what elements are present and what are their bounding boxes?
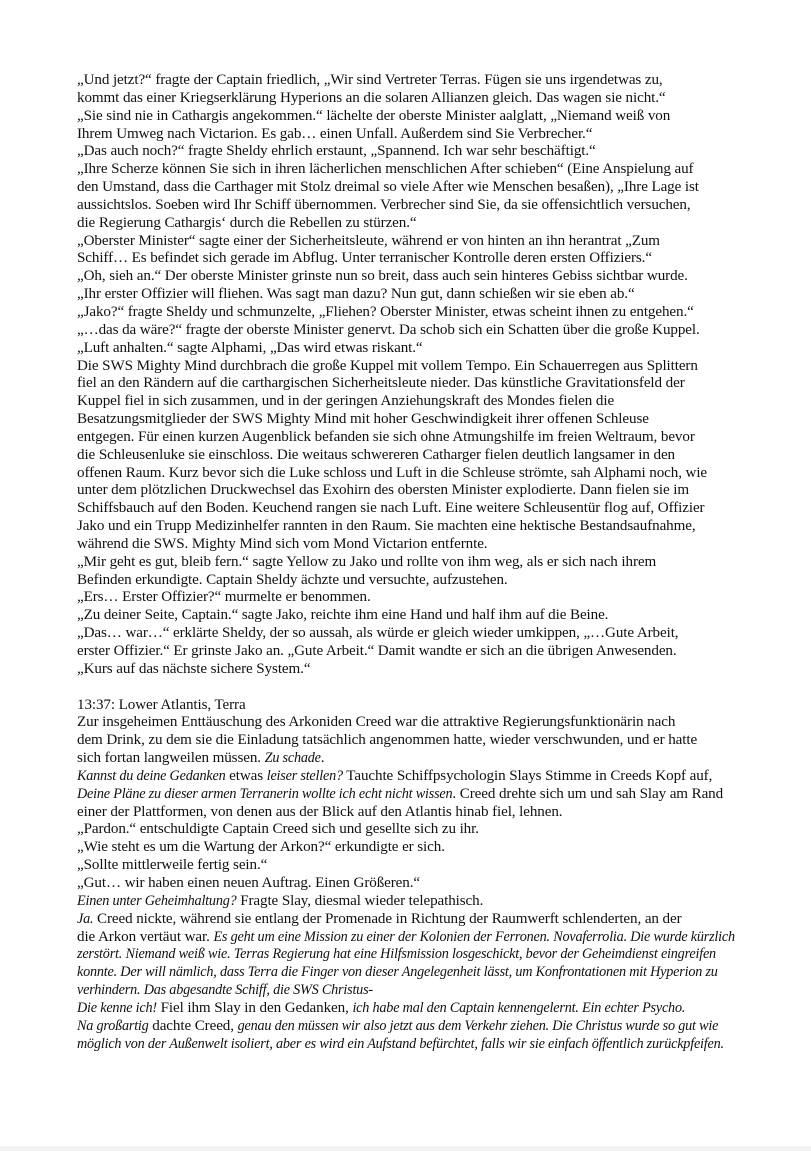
body-text: „Und jetzt?“ fragte der Captain friedlic… (77, 72, 742, 1053)
italic-thought-text: genau den müssen wir also jetzt aus dem … (238, 1018, 719, 1034)
text-line: Schiff… Es befindet sich gerade im Abflu… (77, 250, 742, 268)
text-line: „Pardon.“ entschuldigte Captain Creed si… (77, 821, 742, 839)
text-line: „Kurs auf das nächste sichere System.“ (77, 661, 742, 679)
regular-text: etwas (225, 768, 266, 784)
text-line: dem Drink, zu dem sie die Einladung tats… (77, 732, 742, 750)
italic-thought-text: verhindern. Das abgesandte Schiff, die S… (77, 982, 373, 998)
regular-text: dachte Creed, (149, 1018, 238, 1034)
text-line: Na großartig dachte Creed, genau den müs… (77, 1018, 742, 1036)
regular-text: Tauchte Schiffpsychologin Slays Stimme i… (343, 768, 712, 784)
italic-thought-text: leiser stellen? (267, 768, 343, 784)
regular-text: „Pardon.“ entschuldigte Captain Creed si… (77, 821, 479, 837)
text-line: einer der Plattformen, von denen aus der… (77, 804, 742, 822)
text-line: zerstört. Niemand weiß wie. Terras Regie… (77, 946, 742, 964)
text-line: Schiffsbauch auf den Boden. Keuchend ran… (77, 500, 742, 518)
text-line: „Und jetzt?“ fragte der Captain friedlic… (77, 72, 742, 90)
text-line: konnte. Der will nämlich, dass Terra die… (77, 964, 742, 982)
text-line: fiel an den Rändern auf die carthargisch… (77, 375, 742, 393)
italic-thought-text: möglich von der Außenwelt isoliert, aber… (77, 1036, 724, 1052)
text-line: Befinden erkundigte. Captain Sheldy ächz… (77, 572, 742, 590)
text-line: „Ihre Scherze können Sie sich in ihren l… (77, 161, 742, 179)
text-line: „Wie steht es um die Wartung der Arkon?“… (77, 839, 742, 857)
regular-text: „Gut… wir haben einen neuen Auftrag. Ein… (77, 875, 420, 891)
text-line: Einen unter Geheimhaltung? Fragte Slay, … (77, 893, 742, 911)
text-line: „Mir geht es gut, bleib fern.“ sagte Yel… (77, 554, 742, 572)
text-line: „Ers… Erster Offizier?“ murmelte er beno… (77, 589, 742, 607)
text-line: aussichtslos. Soeben wird Ihr Schiff übe… (77, 197, 742, 215)
regular-text: Zur insgeheimen Enttäuschung des Arkonid… (77, 714, 675, 730)
regular-text: dem Drink, zu dem sie die Einladung tats… (77, 732, 697, 748)
text-line: Kuppel fiel in sich zusammen, und in der… (77, 393, 742, 411)
page-bottom-edge (0, 1146, 811, 1151)
text-line: „Das… war…“ erklärte Sheldy, der so auss… (77, 625, 742, 643)
regular-text: Fiel ihm Slay in den Gedanken, (157, 1000, 353, 1016)
italic-thought-text: Kannst du deine Gedanken (77, 768, 225, 784)
text-line: „Gut… wir haben einen neuen Auftrag. Ein… (77, 875, 742, 893)
text-line: die Schleusenluke sie einschloss. Die we… (77, 447, 742, 465)
text-line: möglich von der Außenwelt isoliert, aber… (77, 1036, 742, 1054)
text-line: kommt das einer Kriegserklärung Hyperion… (77, 90, 742, 108)
text-line: „Sie sind nie in Cathargis angekommen.“ … (77, 108, 742, 126)
italic-thought-text: Deine Pläne zu dieser armen Terranerin w… (77, 786, 452, 802)
italic-thought-text: Zu schade (265, 750, 321, 766)
regular-text: Fragte Slay, diesmal wieder telepathisch… (237, 893, 484, 909)
italic-thought-text: Einen unter Geheimhaltung? (77, 893, 237, 909)
text-line: sich fortan langweilen müssen. Zu schade… (77, 750, 742, 768)
italic-thought-text: zerstört. Niemand weiß wie. Terras Regie… (77, 946, 716, 962)
regular-text: sich fortan langweilen müssen. (77, 750, 265, 766)
text-line: Ja. Creed nickte, während sie entlang de… (77, 911, 742, 929)
text-line: entgegen. Für einen kurzen Augenblick be… (77, 429, 742, 447)
regular-text: „Sollte mittlerweile fertig sein.“ (77, 857, 267, 873)
text-line: Deine Pläne zu dieser armen Terranerin w… (77, 786, 742, 804)
text-line: verhindern. Das abgesandte Schiff, die S… (77, 982, 742, 1000)
text-line: „Sollte mittlerweile fertig sein.“ (77, 857, 742, 875)
text-line: unter dem plötzlichen Druckwechsel das E… (77, 482, 742, 500)
italic-thought-text: Na großartig (77, 1018, 149, 1034)
text-line: Die kenne ich! Fiel ihm Slay in den Geda… (77, 1000, 742, 1018)
text-line: Jako und ein Trupp Medizinhelfer rannten… (77, 518, 742, 536)
text-line: Die SWS Mighty Mind durchbrach die große… (77, 358, 742, 376)
section-lower-atlantis: Zur insgeheimen Enttäuschung des Arkonid… (77, 714, 742, 1053)
text-line: während die SWS. Mighty Mind sich vom Mo… (77, 536, 742, 554)
text-line: Zur insgeheimen Enttäuschung des Arkonid… (77, 714, 742, 732)
section-mighty-mind-escape: „Und jetzt?“ fragte der Captain friedlic… (77, 72, 742, 679)
italic-thought-text: Es geht um eine Mission zu einer der Kol… (213, 929, 734, 945)
text-line: die Regierung Cathargis‘ durch die Rebel… (77, 215, 742, 233)
document-page: „Und jetzt?“ fragte der Captain friedlic… (0, 0, 811, 1146)
text-line: Besatzungsmitglieder der SWS Mighty Mind… (77, 411, 742, 429)
italic-thought-text: Die kenne ich! (77, 1000, 157, 1016)
text-line: „Zu deiner Seite, Captain.“ sagte Jako, … (77, 607, 742, 625)
text-line: „Das auch noch?“ fragte Sheldy ehrlich e… (77, 143, 742, 161)
italic-thought-text: konnte. Der will nämlich, dass Terra die… (77, 964, 718, 980)
text-line: „Jako?“ fragte Sheldy und schmunzelte, „… (77, 304, 742, 322)
italic-thought-text: Ja. (77, 911, 93, 927)
text-line: die Arkon vertäut war. Es geht um eine M… (77, 929, 742, 947)
regular-text: . Creed drehte sich um und sah Slay am R… (452, 786, 723, 802)
regular-text: einer der Plattformen, von denen aus der… (77, 804, 562, 820)
section-heading: 13:37: Lower Atlantis, Terra (77, 697, 742, 715)
regular-text: . (321, 750, 325, 766)
text-line: „Oh, sieh an.“ Der oberste Minister grin… (77, 268, 742, 286)
text-line: offenen Raum. Kurz bevor sich die Luke s… (77, 465, 742, 483)
text-line: den Umstand, dass die Carthager mit Stol… (77, 179, 742, 197)
text-line: Kannst du deine Gedanken etwas leiser st… (77, 768, 742, 786)
text-line: Ihrem Umweg nach Victarion. Es gab… eine… (77, 126, 742, 144)
text-line: „Oberster Minister“ sagte einer der Sich… (77, 233, 742, 251)
italic-thought-text: ich habe mal den Captain kennengelernt. … (352, 1000, 685, 1016)
regular-text: die Arkon vertäut war. (77, 929, 213, 945)
text-line: erster Offizier.“ Er grinste Jako an. „G… (77, 643, 742, 661)
text-line: „…das da wäre?“ fragte der oberste Minis… (77, 322, 742, 340)
text-line: „Ihr erster Offizier will fliehen. Was s… (77, 286, 742, 304)
regular-text: Creed nickte, während sie entlang der Pr… (93, 911, 681, 927)
regular-text: „Wie steht es um die Wartung der Arkon?“… (77, 839, 445, 855)
section-break (77, 679, 742, 697)
text-line: „Luft anhalten.“ sagte Alphami, „Das wir… (77, 340, 742, 358)
